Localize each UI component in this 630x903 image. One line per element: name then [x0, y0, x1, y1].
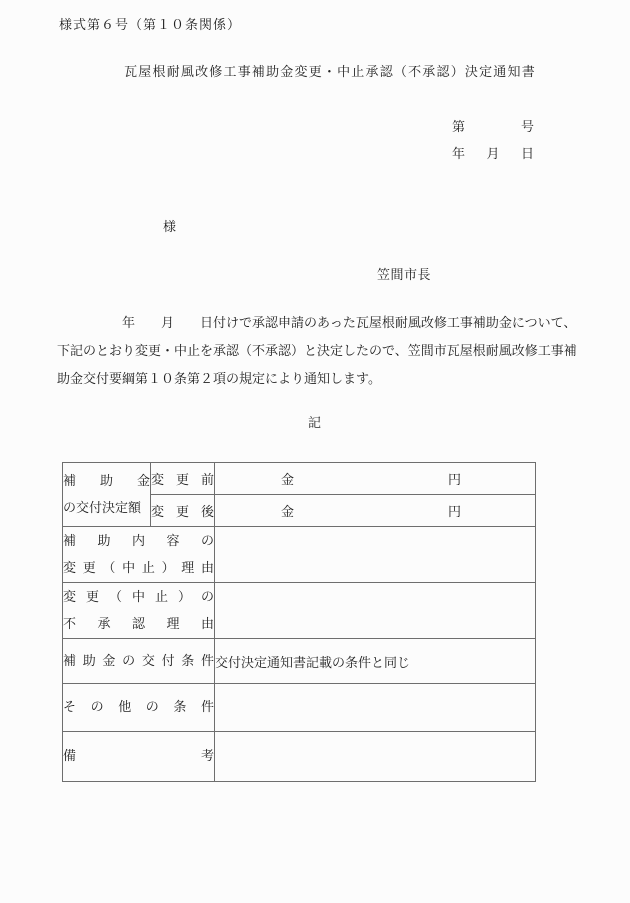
table-row: 補 助 内 容 の 変 更 （ 中 止 ） 理 由: [63, 527, 536, 583]
grant-conditions-label-cell: 補 助 金 の 交 付 条 件: [63, 639, 215, 684]
doc-number-date-block: 第 号 年 月 日: [452, 114, 534, 168]
disapproval-reason-label-line2: 不 承 認 理 由: [63, 611, 214, 638]
doc-number-suffix: 号: [521, 114, 534, 141]
doc-number-prefix: 第: [452, 114, 465, 141]
change-reason-label-line2: 変 更 （ 中 止 ） 理 由: [63, 555, 214, 582]
table-row: 補 助 金 の 交 付 条 件 交付決定通知書記載の条件と同じ: [63, 639, 536, 684]
table-row: 備 考: [63, 732, 536, 782]
disapproval-reason-value-cell: [215, 583, 536, 639]
addressee-honorific: 様: [163, 218, 176, 238]
table-row: そ の 他 の 条 件: [63, 684, 536, 732]
grant-conditions-value-cell: 交付決定通知書記載の条件と同じ: [215, 639, 536, 684]
amount-prefix-label: 金: [281, 469, 294, 488]
disapproval-reason-label-line1: 変 更 （ 中 止 ） の: [63, 584, 214, 611]
body-line: 下記のとおり変更・中止を承認（不承認）と決定したので、笠間市瓦屋根耐風改修工事補: [57, 338, 579, 366]
disapproval-reason-label-cell: 変 更 （ 中 止 ） の 不 承 認 理 由: [63, 583, 215, 639]
document-title: 瓦屋根耐風改修工事補助金変更・中止承認（不承認）決定通知書: [30, 64, 630, 82]
change-reason-label-line1: 補 助 内 容 の: [63, 528, 214, 555]
grant-amount-label-line1: 補 助 金: [63, 468, 150, 495]
change-reason-value-cell: [215, 527, 536, 583]
table-row: 補 助 金 の交付決定額 変 更 前 金 円: [63, 463, 536, 495]
other-conditions-label: そ の 他 の 条 件: [63, 694, 214, 721]
after-change-label-cell: 変 更 後: [151, 495, 215, 527]
amount-after-line: 金 円: [215, 501, 535, 520]
remarks-label-cell: 備 考: [63, 732, 215, 782]
before-change-label: 変 更 前: [151, 469, 214, 488]
grant-amount-label-line2: の交付決定額: [63, 495, 150, 522]
date-year-label: 年: [452, 141, 465, 168]
amount-prefix-label: 金: [281, 501, 294, 520]
date-day-label: 日: [521, 141, 534, 168]
remarks-value-cell: [215, 732, 536, 782]
amount-suffix-label: 円: [448, 501, 461, 520]
doc-number-line: 第 号: [452, 114, 534, 141]
table-row: 変 更 （ 中 止 ） の 不 承 認 理 由: [63, 583, 536, 639]
amount-before-line: 金 円: [215, 469, 535, 488]
other-conditions-label-cell: そ の 他 の 条 件: [63, 684, 215, 732]
record-heading: 記: [0, 413, 630, 435]
date-month-label: 月: [486, 141, 499, 168]
body-paragraph: 年 月 日付けで承認申請のあった瓦屋根耐風改修工事補助金について、 下記のとおり…: [57, 310, 579, 394]
grant-conditions-value: 交付決定通知書記載の条件と同じ: [215, 652, 535, 671]
body-line: 年 月 日付けで承認申請のあった瓦屋根耐風改修工事補助金について、: [57, 310, 579, 338]
amount-suffix-label: 円: [448, 469, 461, 488]
before-change-label-cell: 変 更 前: [151, 463, 215, 495]
change-reason-label-cell: 補 助 内 容 の 変 更 （ 中 止 ） 理 由: [63, 527, 215, 583]
date-line: 年 月 日: [452, 141, 534, 168]
other-conditions-value-cell: [215, 684, 536, 732]
grant-conditions-label: 補 助 金 の 交 付 条 件: [63, 648, 214, 675]
form-number: 様式第６号（第１０条関係）: [59, 17, 241, 35]
notice-document-page: 様式第６号（第１０条関係） 瓦屋根耐風改修工事補助金変更・中止承認（不承認）決定…: [0, 0, 630, 903]
after-change-label: 変 更 後: [151, 501, 214, 520]
sender-title: 笠間市長: [377, 266, 431, 286]
grant-amount-label-cell: 補 助 金 の交付決定額: [63, 463, 151, 527]
amount-after-value-cell: 金 円: [215, 495, 536, 527]
remarks-label: 備 考: [63, 743, 214, 770]
decision-details-table: 補 助 金 の交付決定額 変 更 前 金 円 変 更 後: [62, 462, 536, 782]
amount-before-value-cell: 金 円: [215, 463, 536, 495]
body-line: 助金交付要綱第１０条第２項の規定により通知します。: [57, 366, 579, 394]
